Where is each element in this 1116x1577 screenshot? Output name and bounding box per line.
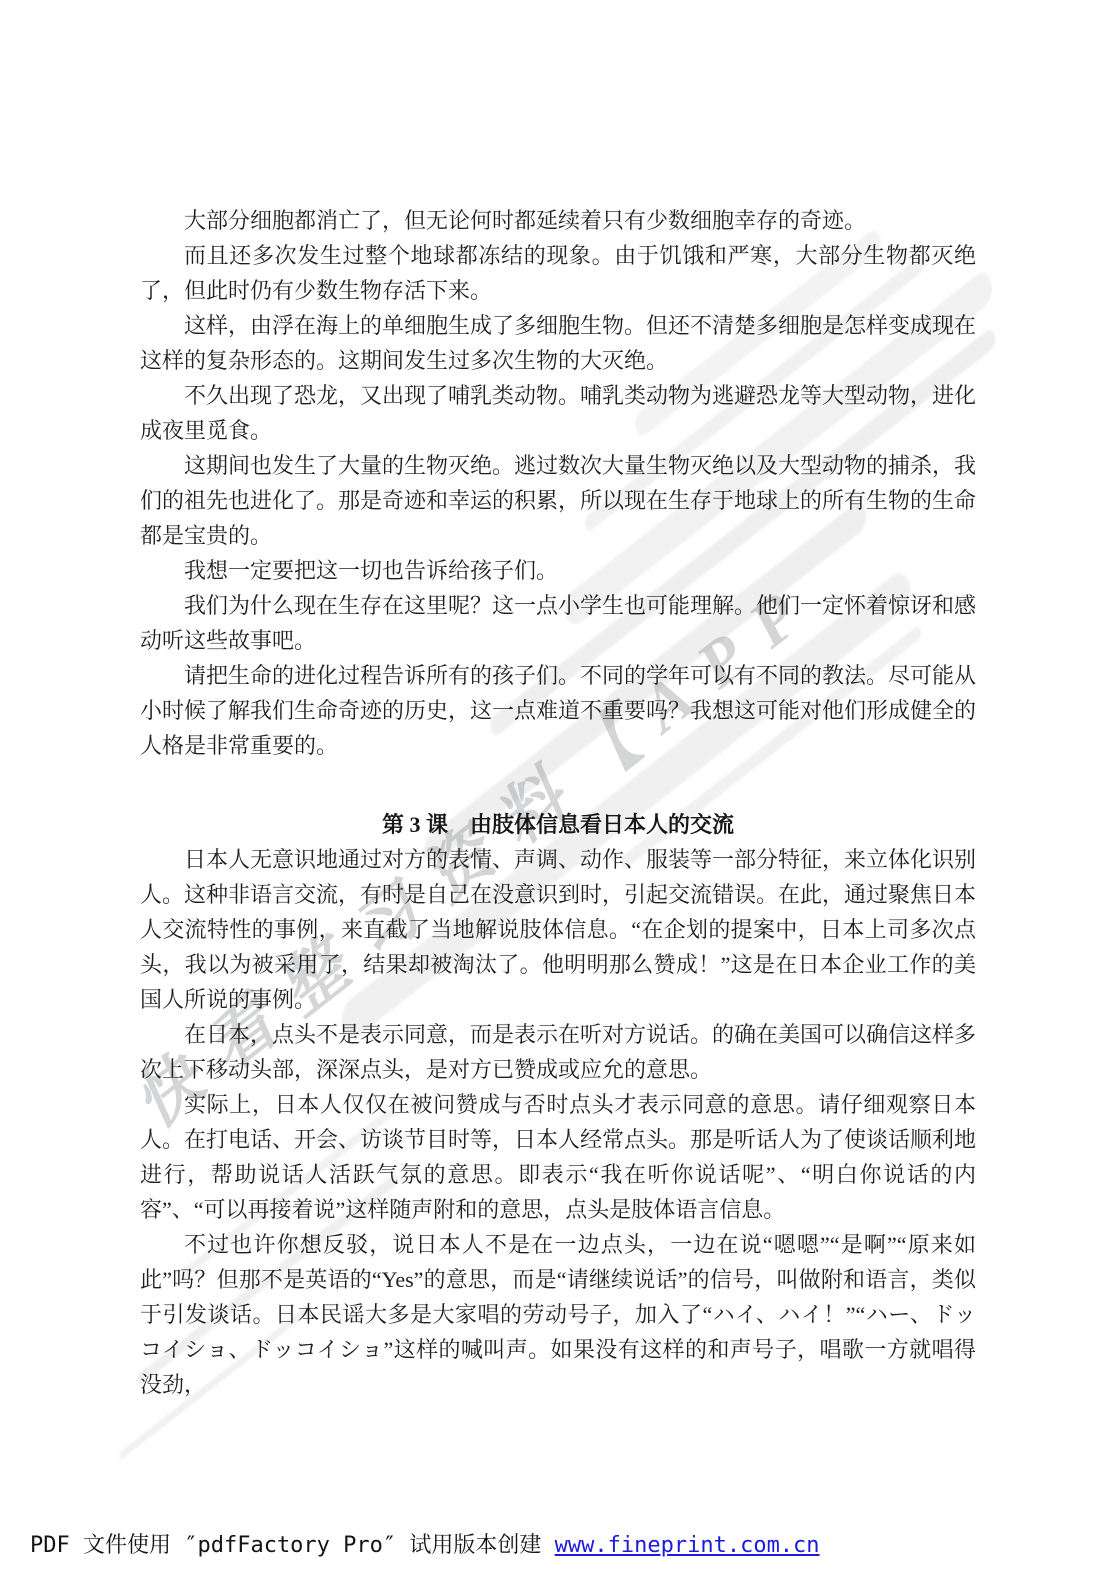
paragraph: 我想一定要把这一切也告诉给孩子们。 — [140, 553, 976, 588]
paragraph: 大部分细胞都消亡了，但无论何时都延续着只有少数细胞幸存的奇迹。 — [140, 203, 976, 238]
fineprint-link[interactable]: www.fineprint.com.cn — [555, 1533, 820, 1558]
paragraph: 不久出现了恐龙，又出现了哺乳类动物。哺乳类动物为逃避恐龙等大型动物，进化成夜里觅… — [140, 378, 976, 448]
paragraph: 我们为什么现在生存在这里呢？这一点小学生也可能理解。他们一定怀着惊讶和感动听这些… — [140, 588, 976, 658]
paragraph: 在日本，点头不是表示同意，而是表示在听对方说话。的确在美国可以确信这样多次上下移… — [140, 1017, 976, 1087]
paragraph: 而且还多次发生过整个地球都冻结的现象。由于饥饿和严寒，大部分生物都灭绝了，但此时… — [140, 238, 976, 308]
paragraph: 请把生命的进化过程告诉所有的孩子们。不同的学年可以有不同的教法。尽可能从小时候了… — [140, 658, 976, 763]
section-heading: 第 3 课 由肢体信息看日本人的交流 — [140, 807, 976, 842]
footer-notice-text: PDF 文件使用 ″pdfFactory Pro″ 试用版本创建 — [30, 1533, 555, 1558]
paragraph: 日本人无意识地通过对方的表情、声调、动作、服装等一部分特征，来立体化识别人。这种… — [140, 842, 976, 1017]
paragraph: 这期间也发生了大量的生物灭绝。逃过数次大量生物灭绝以及大型动物的捕杀，我们的祖先… — [140, 448, 976, 553]
paragraph: 这样，由浮在海上的单细胞生成了多细胞生物。但还不清楚多细胞是怎样变成现在这样的复… — [140, 308, 976, 378]
document-page: 快看整习资料【APP 大部分细胞都消亡了，但无论何时都延续着只有少数细胞幸存的奇… — [0, 0, 1116, 1577]
paragraph: 实际上，日本人仅仅在被问赞成与否时点头才表示同意的意思。请仔细观察日本人。在打电… — [140, 1087, 976, 1227]
page-body: 大部分细胞都消亡了，但无论何时都延续着只有少数细胞幸存的奇迹。 而且还多次发生过… — [140, 203, 976, 1402]
pdf-trial-footer: PDF 文件使用 ″pdfFactory Pro″ 试用版本创建 www.fin… — [30, 1528, 820, 1559]
paragraph: 不过也许你想反驳，说日本人不是在一边点头，一边在说“嗯嗯”“是啊”“原来如此”吗… — [140, 1227, 976, 1402]
